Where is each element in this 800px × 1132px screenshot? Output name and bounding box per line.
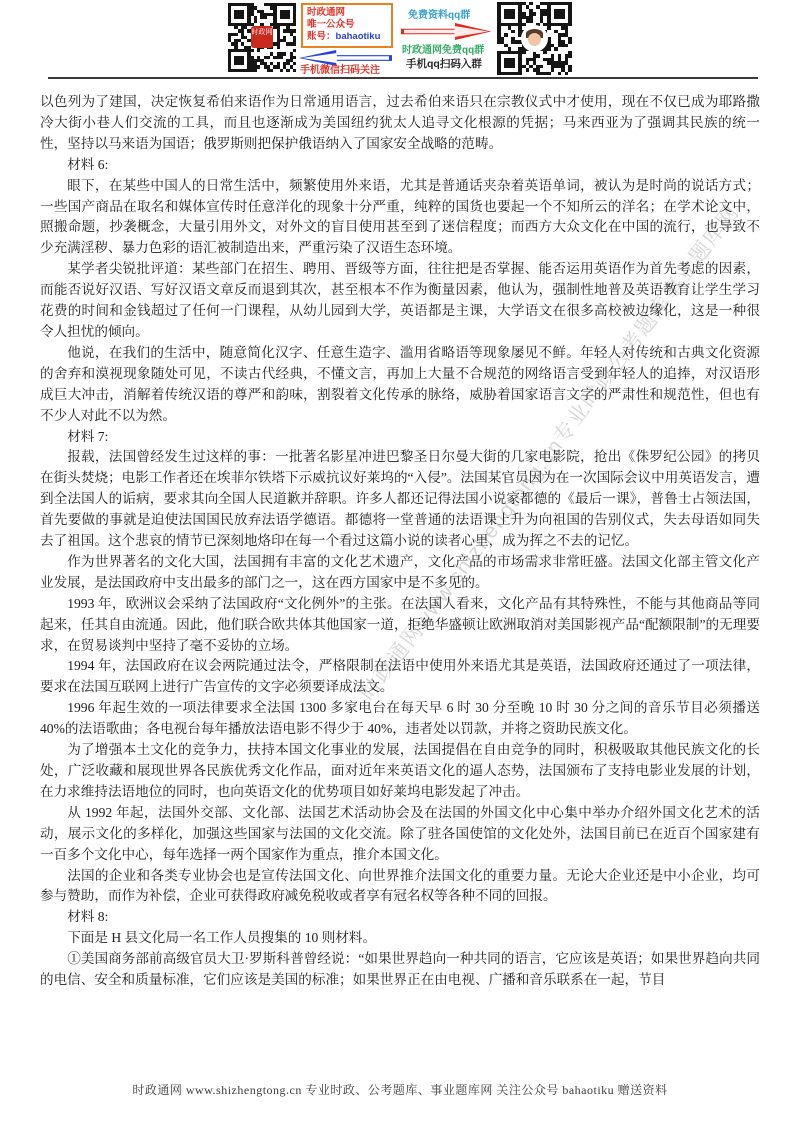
document-body: 以色列为了建国，决定恢复希伯来语作为日常通用语言，过去希伯来语只在宗教仪式中才使…: [40, 92, 760, 991]
page-footer: 时政通网 www.shizhengtong.cn 专业时政、公考题库、事业题库网…: [0, 1081, 800, 1098]
paragraph: 从 1992 年起，法国外交部、文化部、法国艺术活动协会及在法国的外国文化中心集…: [40, 803, 760, 866]
paragraph: 材料 6:: [40, 155, 760, 176]
paragraph: 1993 年，欧洲议会采纳了法国政府“文化例外”的主张。在法国人看来，文化产品有…: [40, 594, 760, 657]
official-account-note: 唯一公众号: [307, 19, 387, 31]
paragraph: 材料 8:: [40, 907, 760, 928]
paragraph: 他说，在我们的生活中，随意简化汉字、任意生造字、滥用省略语等现象屡见不鲜。年轻人…: [40, 343, 760, 427]
wechat-account-box: 时政通网 唯一公众号 账号：bahaotiku: [301, 3, 393, 48]
paragraph: 报载，法国曾经发生过这样的事：一批著名影星冲进巴黎圣日尔曼大街的几家电影院，抢出…: [40, 447, 760, 552]
qq-qr-avatar: [521, 25, 548, 52]
paragraph: 以色列为了建国，决定恢复希伯来语作为日常通用语言，过去希伯来语只在宗教仪式中才使…: [40, 92, 760, 155]
site-name: 时政通网: [307, 7, 387, 19]
paragraph: 为了增强本土文化的竞争力，扶持本国文化事业的发展，法国提倡在自由竞争的同时，积极…: [40, 740, 760, 803]
paragraph: 作为世界著名的文化大国，法国拥有丰富的文化艺术遗产，文化产品的市场需求非常旺盛。…: [40, 552, 760, 594]
account-line: 账号：bahaotiku: [307, 31, 387, 43]
qq-free-label: 免费资料qq群: [408, 6, 470, 21]
paragraph: 法国的企业和各类专业协会也是宣传法国文化、向世界推介法国文化的重要力量。无论大企…: [40, 866, 760, 908]
wechat-scan-caption: 手机微信扫码关注: [300, 61, 380, 76]
paragraph: 眼下，在某些中国人的日常生活中，频繁使用外来语，尤其是普通话夹杂着英语单词，被认…: [40, 176, 760, 260]
account-value: bahaotiku: [336, 31, 381, 42]
avatar-face: [528, 33, 541, 46]
paragraph: 某学者尖锐批评道：某些部门在招生、聘用、晋级等方面，往往把是否掌握、能否运用英语…: [40, 259, 760, 343]
paragraph: 1994 年，法国政府在议会两院通过法令，严格限制在法语中使用外来语尤其是英语，…: [40, 656, 760, 698]
document-page: 时政网 时政通网 唯一公众号 账号：bahaotiku 手机微信扫码关注 免费资…: [0, 0, 800, 1132]
paragraph: 下面是 H 县文化局一名工作人员搜集的 10 则材料。: [40, 928, 760, 949]
paragraph: 材料 7:: [40, 427, 760, 448]
qq-scan-caption: 手机qq扫码入群: [406, 56, 482, 71]
qq-group-name: 时政通网免费qq群: [402, 41, 484, 56]
paragraph: ①美国商务部前高级官员大卫·罗斯科普曾经说：“如果世界趋向一种共同的语言，它应该…: [40, 949, 760, 991]
right-arrow-icon: [401, 23, 491, 40]
wechat-qr-seal: 时政网: [251, 26, 273, 48]
account-label: 账号：: [307, 31, 336, 42]
paragraph: 1996 年起生效的一项法律要求全法国 1300 多家电台在每天早 6 时 30…: [40, 698, 760, 740]
promo-header: 时政网 时政通网 唯一公众号 账号：bahaotiku 手机微信扫码关注 免费资…: [0, 0, 800, 84]
header-divider: [48, 77, 758, 79]
